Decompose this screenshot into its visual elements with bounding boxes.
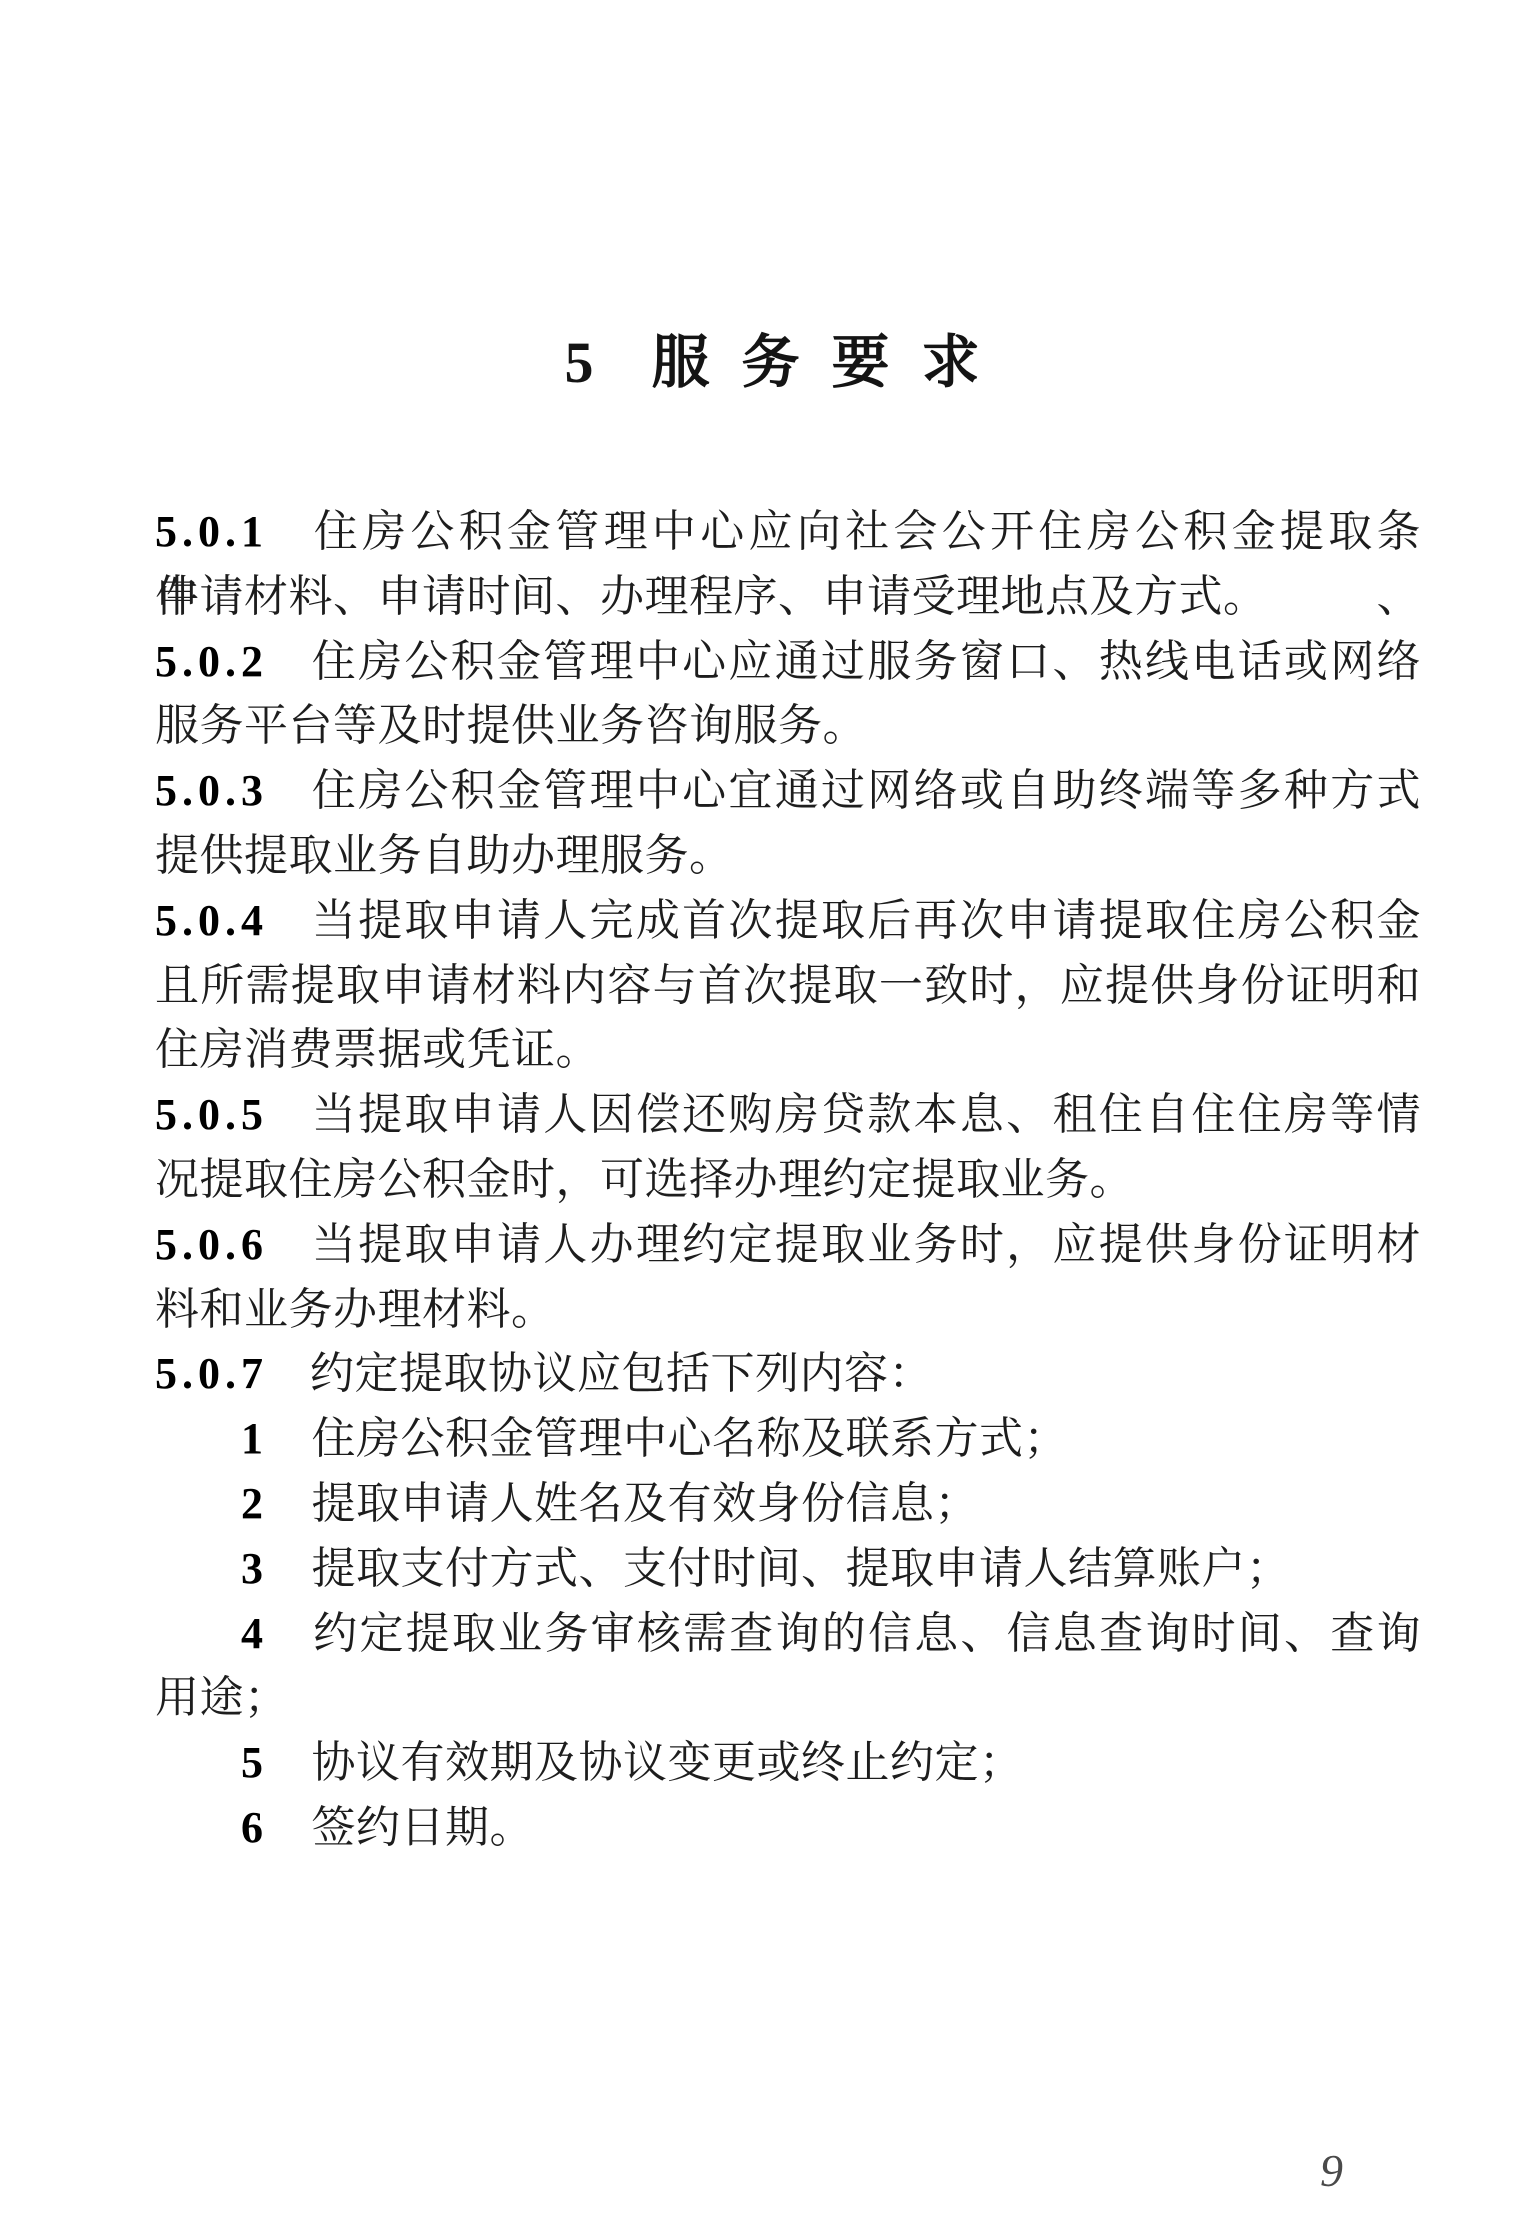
line-text: 料和业务办理材料。 bbox=[155, 1285, 556, 1334]
chapter-heading: 5服务要求 bbox=[155, 330, 1421, 396]
line-text: 住房公积金管理中心宜通过网络或自助终端等多种方式 bbox=[310, 766, 1421, 815]
line-text: 且所需提取申请材料内容与首次提取一致时，应提供身份证明和 bbox=[155, 961, 1421, 1010]
item-number: 5 bbox=[155, 1738, 312, 1787]
line-text: 约定提取业务审核需查询的信息、信息查询时间、查询 bbox=[312, 1609, 1422, 1658]
line-text: 当提取申请人完成首次提取后再次申请提取住房公积金 bbox=[310, 896, 1421, 945]
item-number: 4 bbox=[155, 1609, 312, 1658]
item-number: 1 bbox=[155, 1414, 312, 1463]
text-line: 4约定提取业务审核需查询的信息、信息查询时间、查询 bbox=[155, 1602, 1421, 1667]
line-text: 协议有效期及协议变更或终止约定； bbox=[312, 1738, 1024, 1787]
clause-number: 5.0.2 bbox=[155, 637, 310, 686]
scanned-page: 5服务要求 5.0.1住房公积金管理中心应向社会公开住房公积金提取条件、申请材料… bbox=[0, 0, 1530, 2237]
line-text: 住房公积金管理中心名称及联系方式； bbox=[312, 1414, 1069, 1463]
text-line: 况提取住房公积金时，可选择办理约定提取业务。 bbox=[155, 1148, 1421, 1213]
clause-number: 5.0.7 bbox=[155, 1349, 310, 1398]
item-number: 3 bbox=[155, 1544, 312, 1593]
text-line: 且所需提取申请材料内容与首次提取一致时，应提供身份证明和 bbox=[155, 954, 1421, 1019]
text-line: 用途； bbox=[155, 1666, 1421, 1731]
item-number: 2 bbox=[155, 1479, 312, 1528]
clause-number: 5.0.5 bbox=[155, 1090, 310, 1139]
line-text: 提供提取业务自助办理服务。 bbox=[155, 831, 734, 880]
line-text: 提取申请人姓名及有效身份信息； bbox=[312, 1479, 980, 1528]
chapter-number: 5 bbox=[564, 330, 593, 395]
text-line: 3提取支付方式、支付时间、提取申请人结算账户； bbox=[155, 1537, 1421, 1602]
text-line: 5.0.7约定提取协议应包括下列内容： bbox=[155, 1342, 1421, 1407]
text-line: 服务平台等及时提供业务咨询服务。 bbox=[155, 694, 1421, 759]
page-number: 9 bbox=[1320, 2144, 1343, 2198]
text-line: 5协议有效期及协议变更或终止约定； bbox=[155, 1731, 1421, 1796]
document-body: 5.0.1住房公积金管理中心应向社会公开住房公积金提取条件、申请材料、申请时间、… bbox=[155, 500, 1421, 1861]
clause-number: 5.0.1 bbox=[155, 507, 310, 556]
clause-number: 5.0.6 bbox=[155, 1220, 310, 1269]
text-line: 料和业务办理材料。 bbox=[155, 1278, 1421, 1343]
line-text: 约定提取协议应包括下列内容： bbox=[310, 1349, 933, 1398]
text-line: 申请材料、申请时间、办理程序、申请受理地点及方式。 bbox=[155, 565, 1421, 630]
line-text: 提取支付方式、支付时间、提取申请人结算账户； bbox=[312, 1544, 1291, 1593]
clause-number: 5.0.4 bbox=[155, 896, 310, 945]
line-text: 住房公积金管理中心应通过服务窗口、热线电话或网络 bbox=[310, 637, 1421, 686]
text-line: 5.0.6当提取申请人办理约定提取业务时，应提供身份证明材 bbox=[155, 1213, 1421, 1278]
text-line: 5.0.1住房公积金管理中心应向社会公开住房公积金提取条件、 bbox=[155, 500, 1421, 565]
text-line: 5.0.5当提取申请人因偿还购房贷款本息、租住自住住房等情 bbox=[155, 1083, 1421, 1148]
clause-number: 5.0.3 bbox=[155, 766, 310, 815]
line-text: 当提取申请人因偿还购房贷款本息、租住自住住房等情 bbox=[310, 1090, 1421, 1139]
line-text: 住房消费票据或凭证。 bbox=[155, 1025, 600, 1074]
text-line: 提供提取业务自助办理服务。 bbox=[155, 824, 1421, 889]
line-text: 况提取住房公积金时，可选择办理约定提取业务。 bbox=[155, 1155, 1134, 1204]
chapter-title: 服务要求 bbox=[651, 330, 1011, 395]
line-text: 当提取申请人办理约定提取业务时，应提供身份证明材 bbox=[310, 1220, 1421, 1269]
text-line: 6签约日期。 bbox=[155, 1796, 1421, 1861]
text-line: 5.0.2住房公积金管理中心应通过服务窗口、热线电话或网络 bbox=[155, 630, 1421, 695]
text-line: 5.0.4当提取申请人完成首次提取后再次申请提取住房公积金 bbox=[155, 889, 1421, 954]
text-line: 住房消费票据或凭证。 bbox=[155, 1018, 1421, 1083]
line-text: 服务平台等及时提供业务咨询服务。 bbox=[155, 701, 867, 750]
line-text: 签约日期。 bbox=[312, 1803, 535, 1852]
line-text: 申请材料、申请时间、办理程序、申请受理地点及方式。 bbox=[155, 572, 1268, 621]
item-number: 6 bbox=[155, 1803, 312, 1852]
text-line: 5.0.3住房公积金管理中心宜通过网络或自助终端等多种方式 bbox=[155, 759, 1421, 824]
text-line: 2提取申请人姓名及有效身份信息； bbox=[155, 1472, 1421, 1537]
line-text: 用途； bbox=[155, 1673, 289, 1722]
text-line: 1住房公积金管理中心名称及联系方式； bbox=[155, 1407, 1421, 1472]
